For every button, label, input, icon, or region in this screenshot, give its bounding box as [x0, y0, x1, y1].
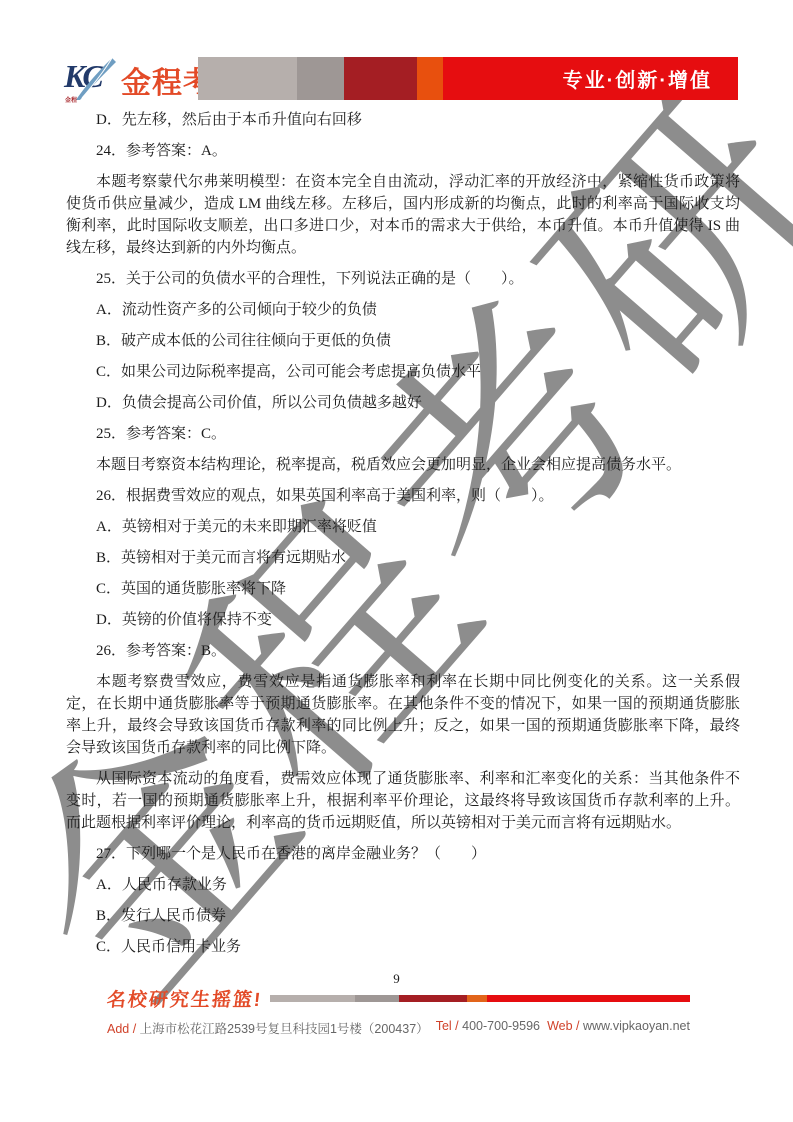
- logo-kc-icon: KC 金程: [64, 56, 118, 104]
- text-line: 26．参考答案：B。: [66, 640, 740, 662]
- paragraph: 本题考察蒙代尔弗莱明模型：在资本完全自由流动，浮动汇率的开放经济中，紧缩性货币政…: [66, 171, 740, 259]
- paragraph: 本题考察费雪效应，费雪效应是指通货膨胀率和利率在长期中同比例变化的关系。这一关系…: [66, 671, 740, 759]
- logo-subtext: 金程: [65, 95, 77, 104]
- text-line: D．英镑的价值将保持不变: [66, 609, 740, 631]
- header-slogan: 专业·创新·增值: [563, 64, 712, 93]
- bar-segment: [270, 995, 355, 1002]
- text-line: A．英镑相对于美元的未来即期汇率将贬值: [66, 516, 740, 538]
- text-line: A．流动性资产多的公司倾向于较少的负债: [66, 299, 740, 321]
- footer-tel: Tel / 400-700-9596: [436, 1019, 540, 1037]
- address-label: Add /: [107, 1022, 136, 1036]
- text-line: 25．关于公司的负债水平的合理性，下列说法正确的是（ ）。: [66, 268, 740, 290]
- footer-web: Web / www.vipkaoyan.net: [547, 1019, 690, 1037]
- text-line: B．破产成本低的公司往往倾向于更低的负债: [66, 330, 740, 352]
- document-page: 金程考研 KC 金程 金程考研 专业·创新·增值 D．先左移，然后由于本币升值向…: [0, 0, 793, 1122]
- document-body: D．先左移，然后由于本币升值向右回移24．参考答案：A。本题考察蒙代尔弗莱明模型…: [66, 109, 740, 967]
- text-line: B．发行人民币债券: [66, 905, 740, 927]
- bar-segment: [417, 57, 443, 100]
- text-line: 26．根据费雪效应的观点，如果英国利率高于美国利率，则（ ）。: [66, 485, 740, 507]
- tel-label: Tel /: [436, 1019, 459, 1033]
- tel-value: 400-700-9596: [462, 1019, 540, 1033]
- web-label: Web /: [547, 1019, 579, 1033]
- bar-segment: [467, 995, 487, 1002]
- bar-segment: [198, 57, 297, 100]
- text-line: D．先左移，然后由于本币升值向右回移: [66, 109, 740, 131]
- text-line: D．负债会提高公司价值，所以公司负债越多越好: [66, 392, 740, 414]
- bar-segment: [355, 995, 399, 1002]
- footer-contact-row: Add / 上海市松花江路2539号复旦科技园1号楼（200437） Tel /…: [107, 1019, 690, 1037]
- footer-color-bar: [270, 995, 690, 1002]
- text-line: 25．参考答案：C。: [66, 423, 740, 445]
- page-footer: 名校研究生摇篮! Add / 上海市松花江路2539号复旦科技园1号楼（2004…: [107, 985, 690, 1037]
- bar-segment: [297, 57, 344, 100]
- bar-segment: [399, 995, 467, 1002]
- paragraph: 从国际资本流动的角度看，费需效应体现了通货膨胀率、利率和汇率变化的关系：当其他条…: [66, 768, 740, 834]
- header-color-bar: 专业·创新·增值: [198, 57, 738, 100]
- text-line: C．英国的通货膨胀率将下降: [66, 578, 740, 600]
- text-line: B．英镑相对于美元而言将有远期贴水: [66, 547, 740, 569]
- bar-segment: [344, 57, 417, 100]
- bar-segment: [487, 995, 690, 1002]
- footer-tagline: 名校研究生摇篮!: [106, 985, 264, 1012]
- text-line: 24．参考答案：A。: [66, 140, 740, 162]
- text-line: C．人民币信用卡业务: [66, 936, 740, 958]
- footer-address: Add / 上海市松花江路2539号复旦科技园1号楼（200437）: [107, 1019, 429, 1037]
- address-value: 上海市松花江路2539号复旦科技园1号楼（200437）: [140, 1022, 429, 1036]
- text-line: 27．下列哪一个是人民币在香港的离岸金融业务？（ ）: [66, 843, 740, 865]
- web-value: www.vipkaoyan.net: [583, 1019, 690, 1033]
- paragraph: 本题目考察资本结构理论，税率提高，税盾效应会更加明显，企业会相应提高债务水平。: [66, 454, 740, 476]
- bar-segment: 专业·创新·增值: [443, 57, 738, 100]
- text-line: C．如果公司边际税率提高，公司可能会考虑提高负债水平: [66, 361, 740, 383]
- footer-top-row: 名校研究生摇篮!: [107, 985, 690, 1012]
- text-line: A．人民币存款业务: [66, 874, 740, 896]
